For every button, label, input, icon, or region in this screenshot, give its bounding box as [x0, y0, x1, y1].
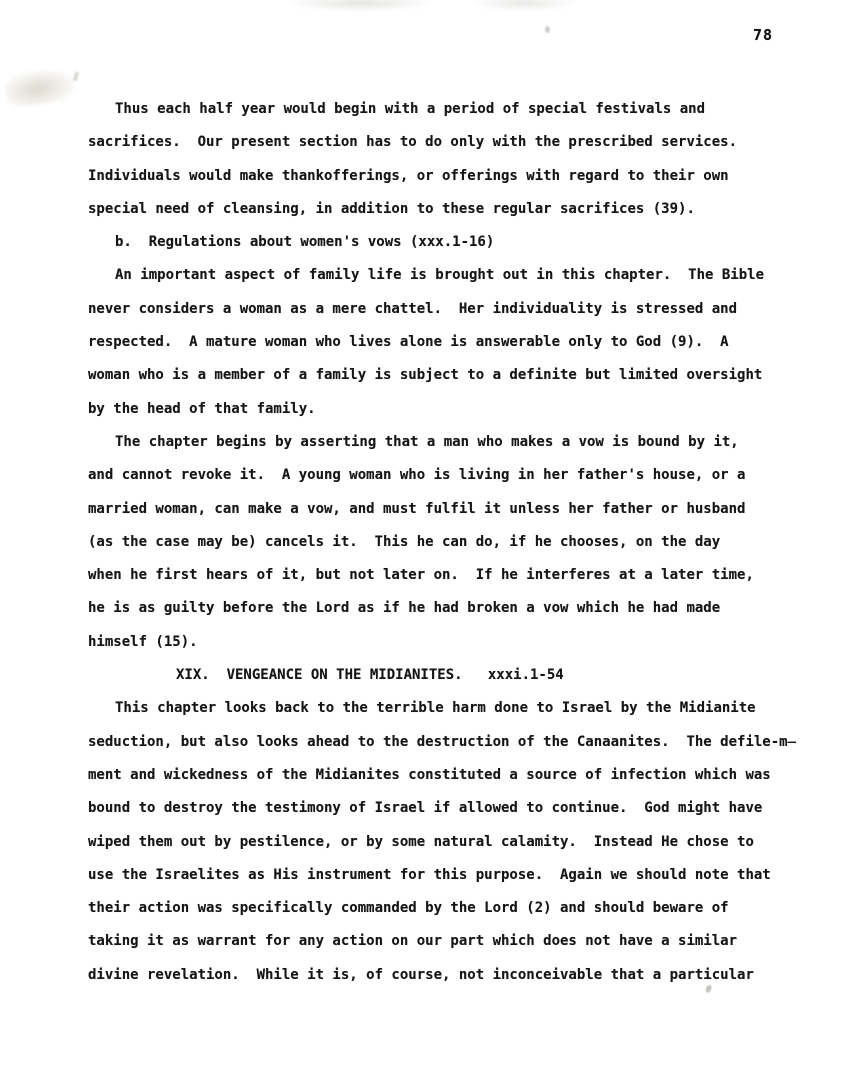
text-line: taking it as warrant for any action on o…: [88, 925, 808, 958]
text-line: seduction, but also looks ahead to the d…: [88, 726, 808, 759]
text-line: when he first hears of it, but not later…: [88, 559, 808, 592]
text-line: divine revelation. While it is, of cours…: [88, 959, 808, 992]
text-line: use the Israelites as His instrument for…: [88, 859, 808, 892]
text-line: their action was specifically commanded …: [88, 892, 808, 925]
document-page: 78 Thus each half year would begin with …: [0, 0, 849, 1089]
text-line: Individuals would make thankofferings, o…: [88, 160, 808, 193]
text-line: An important aspect of family life is br…: [88, 259, 808, 292]
text-line: married woman, can make a vow, and must …: [88, 493, 808, 526]
text-line: never considers a woman as a mere chatte…: [88, 293, 808, 326]
text-line: Thus each half year would begin with a p…: [88, 93, 808, 126]
text-line: and cannot revoke it. A young woman who …: [88, 459, 808, 492]
text-line: woman who is a member of a family is sub…: [88, 359, 808, 392]
scan-speck: [73, 72, 79, 82]
text-line: (as the case may be) cancels it. This he…: [88, 526, 808, 559]
section-heading: XIX. VENGEANCE ON THE MIDIANITES. xxxi.1…: [88, 659, 808, 692]
text-line: The chapter begins by asserting that a m…: [88, 426, 808, 459]
text-line: bound to destroy the testimony of Israel…: [88, 792, 808, 825]
text-line: sacrifices. Our present section has to d…: [88, 126, 808, 159]
section-subheading: b. Regulations about women's vows (xxx.1…: [88, 226, 808, 259]
text-line: special need of cleansing, in addition t…: [88, 193, 808, 226]
text-line: ment and wickedness of the Midianites co…: [88, 759, 808, 792]
scan-smudge: [4, 65, 78, 108]
body-text: Thus each half year would begin with a p…: [88, 93, 808, 992]
scan-smudge: [470, 0, 580, 12]
text-line: he is as guilty before the Lord as if he…: [88, 592, 808, 625]
text-line: by the head of that family.: [88, 393, 808, 426]
text-line: himself (15).: [88, 626, 808, 659]
page-number: 78: [753, 26, 773, 44]
text-line: wiped them out by pestilence, or by some…: [88, 826, 808, 859]
scan-smudge: [285, 0, 435, 12]
text-line: respected. A mature woman who lives alon…: [88, 326, 808, 359]
text-line: This chapter looks back to the terrible …: [88, 692, 808, 725]
scan-speck: [545, 26, 550, 33]
scanned-document-page: { "page": { "number": "78" }, "content":…: [0, 0, 849, 1089]
